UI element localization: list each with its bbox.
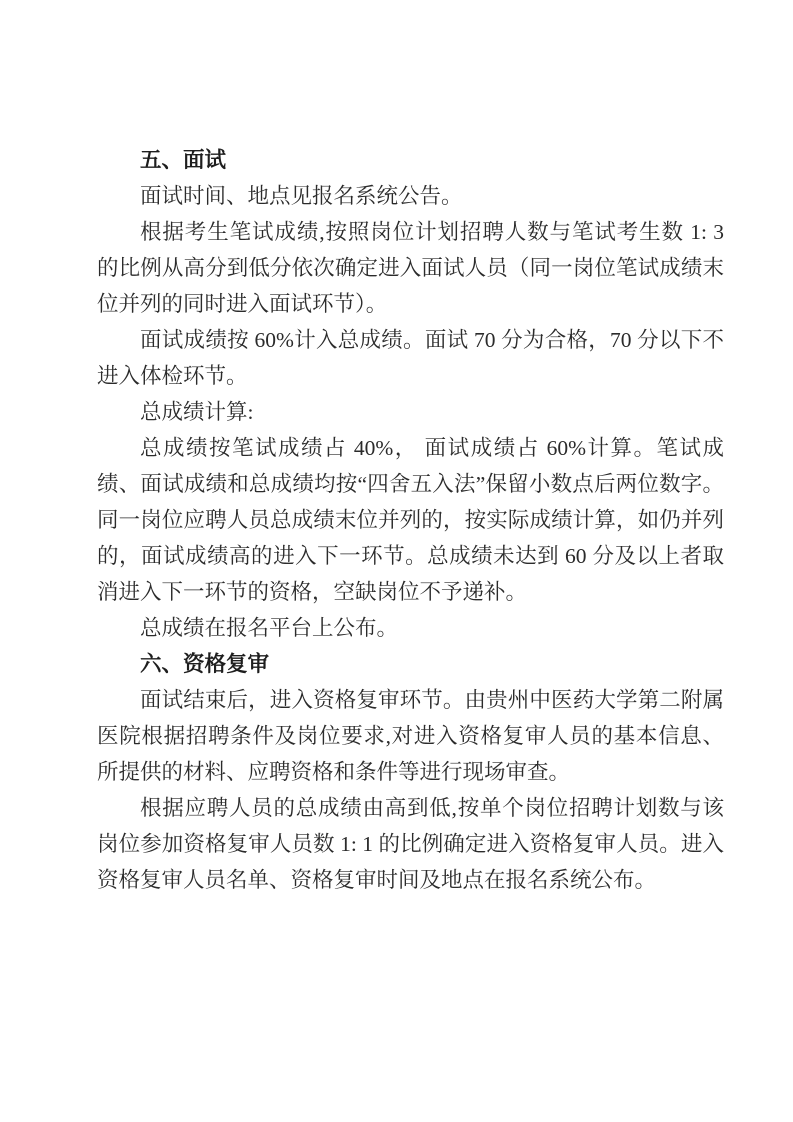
paragraph-qualification-review-ratio: 根据应聘人员的总成绩由高到低,按单个岗位招聘计划数与该岗位参加资格复审人员数 1… bbox=[97, 790, 724, 898]
paragraph-total-score-calculation: 总成绩按笔试成绩占 40%， 面试成绩占 60%计算。笔试成绩、面试成绩和总成绩… bbox=[97, 430, 724, 610]
document-content: 五、面试 面试时间、地点见报名系统公告。 根据考生笔试成绩,按照岗位计划招聘人数… bbox=[97, 142, 724, 898]
section-heading-qualification-review: 六、资格复审 bbox=[97, 646, 724, 682]
section-heading-interview: 五、面试 bbox=[97, 142, 724, 178]
paragraph-qualification-review-process: 面试结束后，进入资格复审环节。由贵州中医药大学第二附属医院根据招聘条件及岗位要求… bbox=[97, 682, 724, 790]
paragraph-interview-time-location: 面试时间、地点见报名系统公告。 bbox=[97, 178, 724, 214]
paragraph-total-score-publication: 总成绩在报名平台上公布。 bbox=[97, 610, 724, 646]
paragraph-total-score-label: 总成绩计算: bbox=[97, 394, 724, 430]
document-page: 五、面试 面试时间、地点见报名系统公告。 根据考生笔试成绩,按照岗位计划招聘人数… bbox=[0, 0, 793, 1122]
paragraph-interview-score-weight: 面试成绩按 60%计入总成绩。面试 70 分为合格，70 分以下不进入体检环节。 bbox=[97, 322, 724, 394]
paragraph-interview-shortlist-ratio: 根据考生笔试成绩,按照岗位计划招聘人数与笔试考生数 1: 3 的比例从高分到低分… bbox=[97, 214, 724, 322]
